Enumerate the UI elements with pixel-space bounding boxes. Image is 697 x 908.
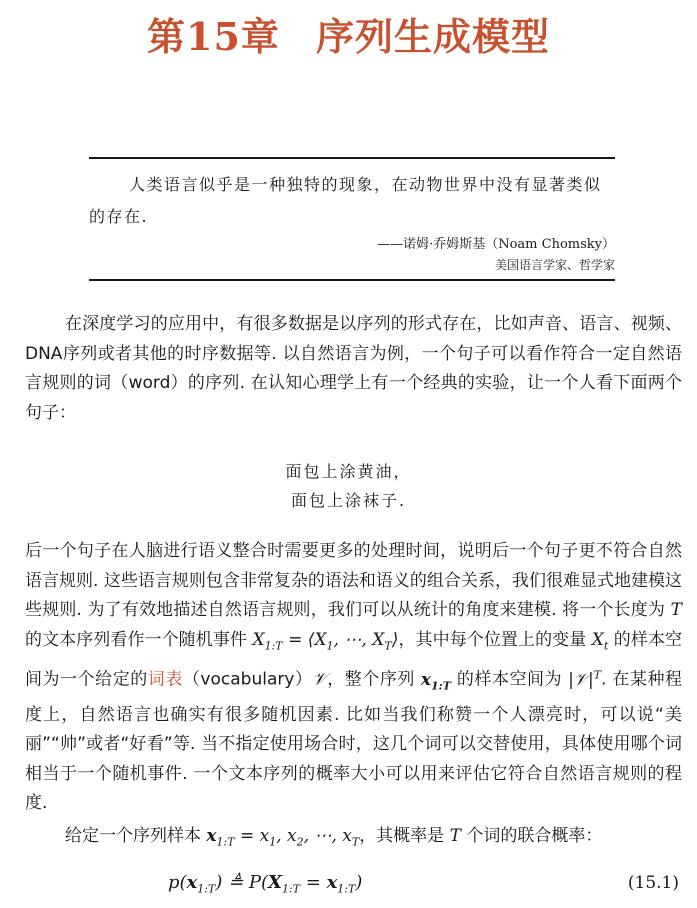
paragraph-intro: 在深度学习的应用中，有很多数据是以序列的形式存在，比如声音、语言、视频、DNA序… xyxy=(25,310,682,428)
example-sentence-1: 面包上涂黄油， xyxy=(0,457,697,486)
epigraph-quote: 人类语言似乎是一种独特的现象，在动物世界中没有显著类似的存在. xyxy=(89,169,615,233)
epigraph: 人类语言似乎是一种独特的现象，在动物世界中没有显著类似的存在. ——诺姆·乔姆斯… xyxy=(89,157,615,281)
example-sentence-2: 面包上涂袜子. xyxy=(0,486,697,515)
chapter-title: 第15章序列生成模型 xyxy=(0,6,697,61)
equation-number: (15.1) xyxy=(628,873,679,893)
term-vocabulary[interactable]: 词表 xyxy=(148,670,183,690)
random-event: X1:T = ⟨X1, ⋯, XT⟩ xyxy=(252,630,398,650)
paragraph-joint-prob: 给定一个序列样本 x1:T = x1, x2, ⋯, xT，其概率是 T 个词的… xyxy=(25,822,682,857)
chapter-name: 序列生成模型 xyxy=(316,14,550,59)
paragraph-modeling: 后一个句子在人脑进行语义整合时需要更多的处理时间，说明后一个句子更不符合自然语言… xyxy=(25,537,682,819)
epigraph-role: 美国语言学家、哲学家 xyxy=(495,256,615,273)
epigraph-author: ——诺姆·乔姆斯基（Noam Chomsky） xyxy=(377,233,615,252)
equation-15-1: p(x1:T) ≜ P(X1:T = x1:T) xyxy=(168,872,362,896)
chapter-label: 第15章 xyxy=(147,14,280,59)
